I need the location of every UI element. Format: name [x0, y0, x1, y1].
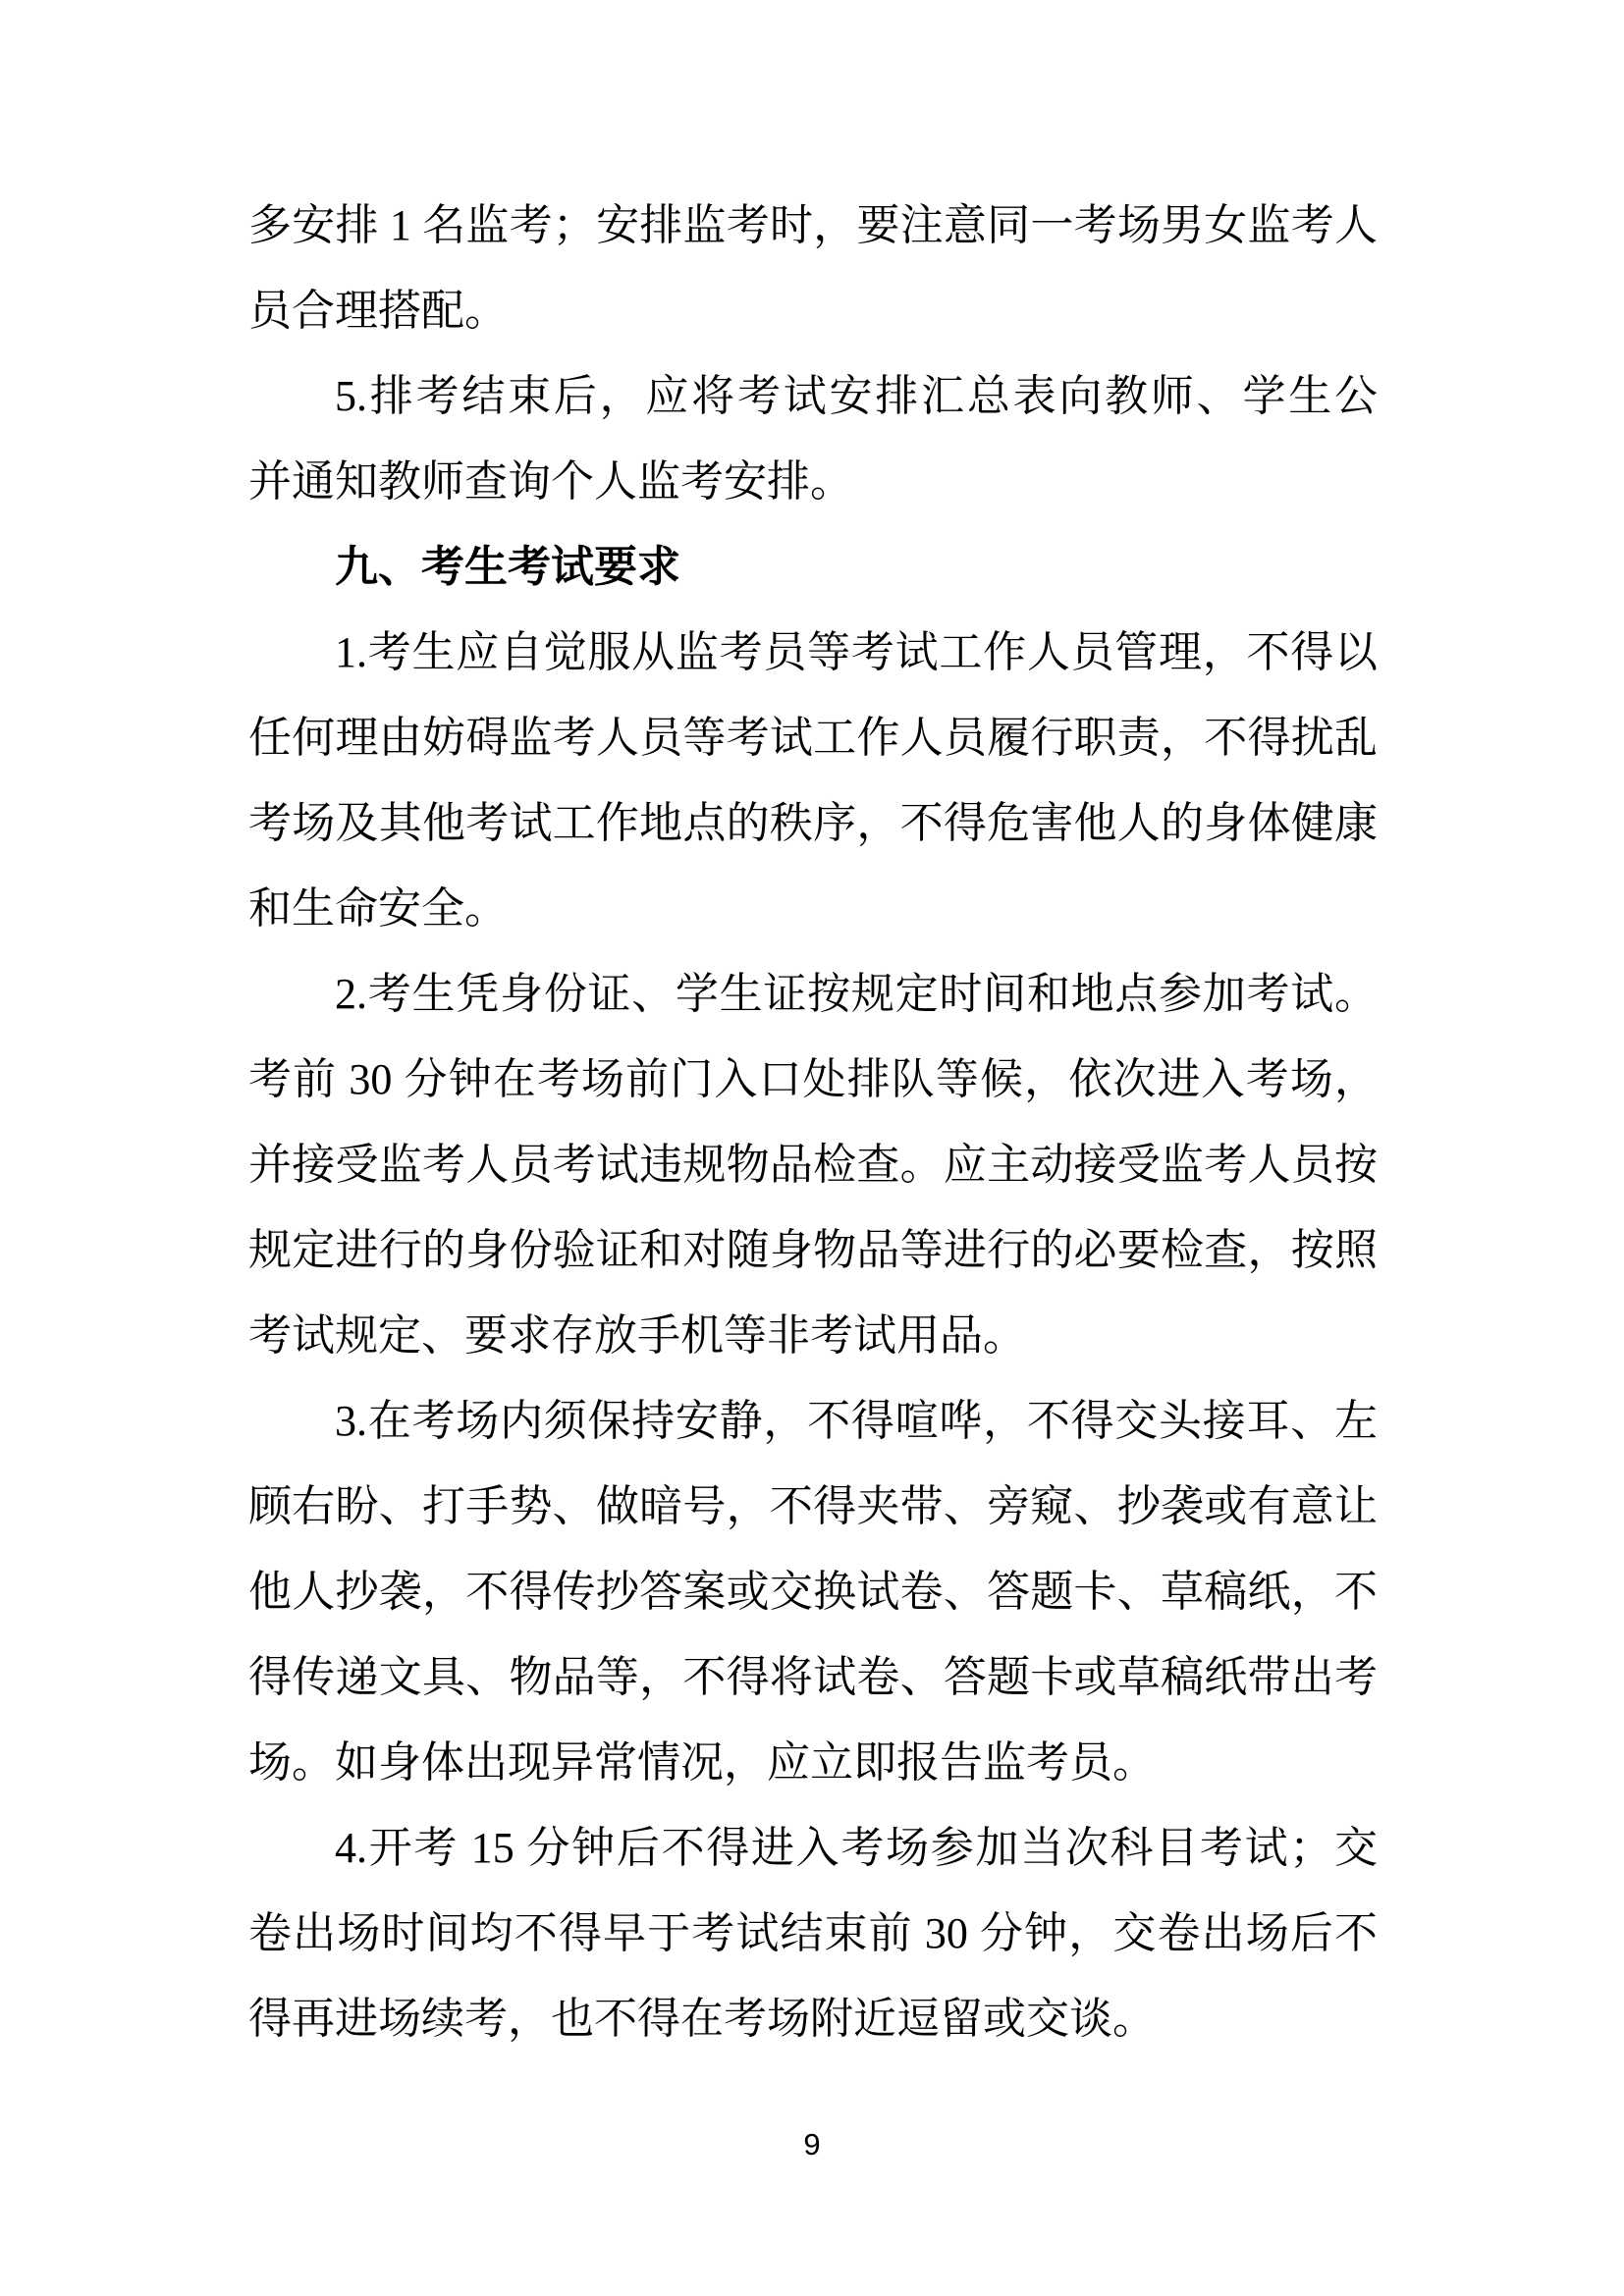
text-line: 他人抄袭，不得传抄答案或交换试卷、答题卡、草稿纸，不 [248, 1549, 1378, 1634]
text-line: 考场及其他考试工作地点的秩序，不得危害他人的身体健康 [248, 780, 1378, 866]
page-number: 9 [0, 2128, 1624, 2162]
text-line: 顾右盼、打手势、做暗号，不得夹带、旁窥、抄袭或有意让 [248, 1464, 1378, 1549]
text-line: 场。如身体出现异常情况，应立即报告监考员。 [248, 1720, 1378, 1805]
text-line: 卷出场时间均不得早于考试结束前 30 分钟，交卷出场后不 [248, 1891, 1378, 1976]
text-line: 并通知教师查询个人监考安排。 [248, 439, 1378, 524]
text-line: 并接受监考人员考试违规物品检查。应主动接受监考人员按 [248, 1122, 1378, 1207]
text-line: 1.考生应自觉服从监考员等考试工作人员管理，不得以 [248, 610, 1378, 695]
text-line: 考前 30 分钟在考场前门入口处排队等候，依次进入考场， [248, 1037, 1378, 1122]
document-page: 多安排 1 名监考；安排监考时，要注意同一考场男女监考人员合理搭配。5.排考结束… [0, 0, 1624, 2296]
text-line: 多安排 1 名监考；安排监考时，要注意同一考场男女监考人 [248, 183, 1378, 268]
text-line: 4.开考 15 分钟后不得进入考场参加当次科目考试；交 [248, 1805, 1378, 1891]
text-line: 任何理由妨碍监考人员等考试工作人员履行职责，不得扰乱 [248, 695, 1378, 780]
section-heading: 九、考生考试要求 [248, 524, 1378, 610]
text-line: 和生命安全。 [248, 866, 1378, 951]
text-line: 2.考生凭身份证、学生证按规定时间和地点参加考试。 [248, 951, 1378, 1037]
text-line: 得再进场续考，也不得在考场附近逗留或交谈。 [248, 1976, 1378, 2061]
text-line: 3.在考场内须保持安静，不得喧哗，不得交头接耳、左 [248, 1378, 1378, 1464]
text-line: 规定进行的身份验证和对随身物品等进行的必要检查，按照 [248, 1207, 1378, 1293]
text-line: 考试规定、要求存放手机等非考试用品。 [248, 1293, 1378, 1378]
text-line: 得传递文具、物品等，不得将试卷、答题卡或草稿纸带出考 [248, 1634, 1378, 1720]
text-line: 5.排考结束后，应将考试安排汇总表向教师、学生公布， [248, 353, 1378, 439]
text-line: 员合理搭配。 [248, 268, 1378, 353]
document-body: 多安排 1 名监考；安排监考时，要注意同一考场男女监考人员合理搭配。5.排考结束… [248, 183, 1378, 2061]
